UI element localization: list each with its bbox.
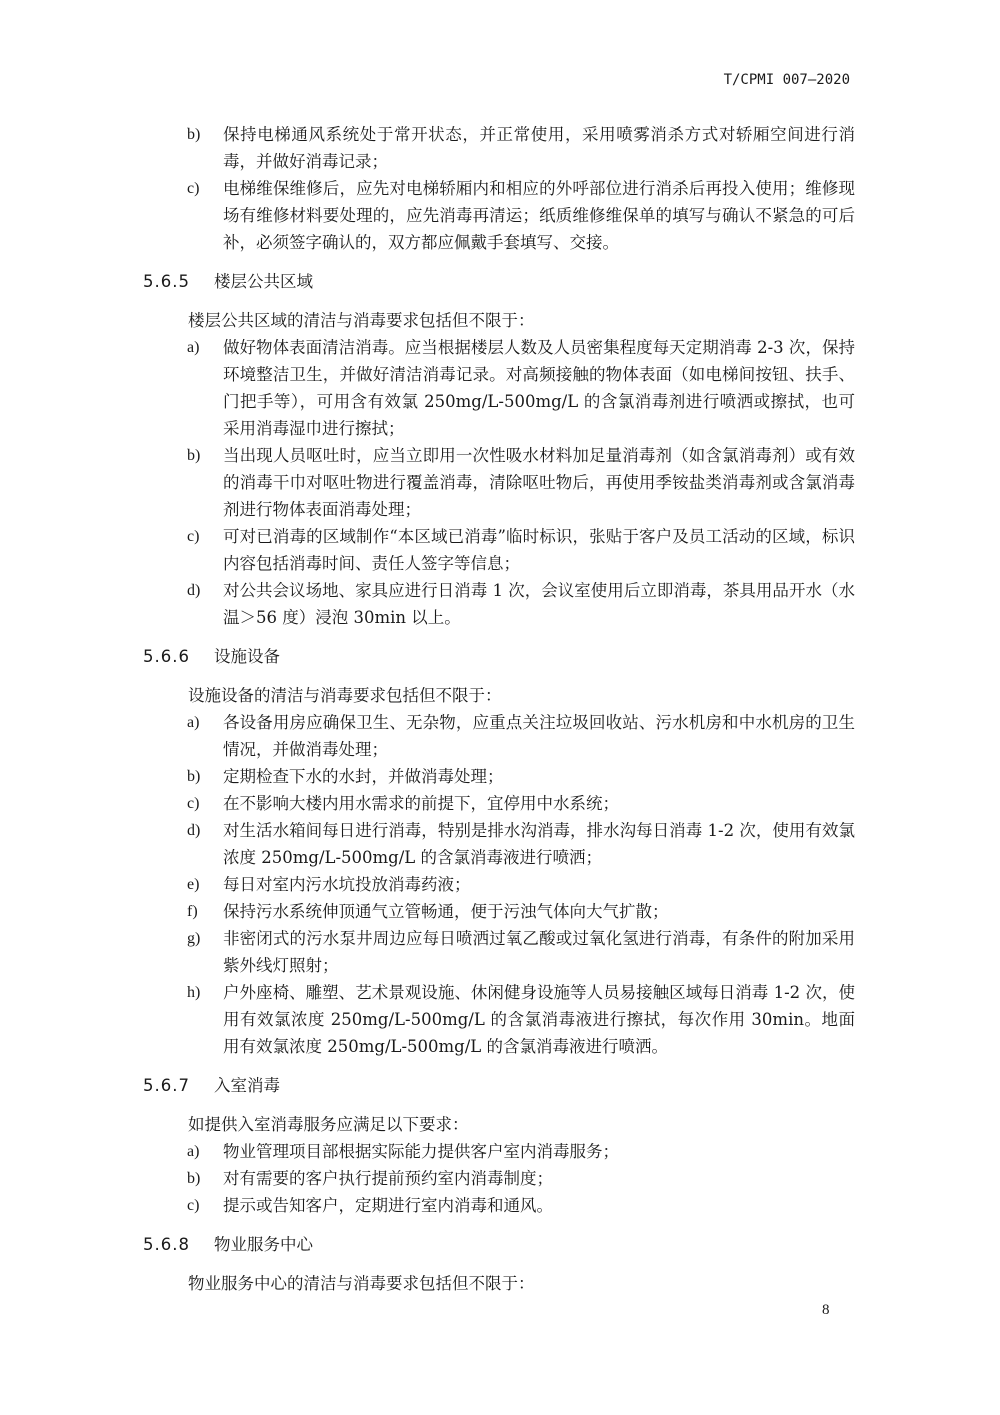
list-marker: c) xyxy=(187,175,199,202)
list-item: e) 每日对室内污水坑投放消毒药液； xyxy=(143,871,855,898)
list-item-text: 物业管理项目部根据实际能力提供客户室内消毒服务； xyxy=(223,1142,619,1161)
list-item-text: 提示或告知客户，定期进行室内消毒和通风。 xyxy=(223,1196,553,1215)
section-title: 楼层公共区域 xyxy=(214,268,313,295)
list-marker: c) xyxy=(187,523,199,550)
list-item-text: 保持电梯通风系统处于常开状态，并正常使用，采用喷雾消杀方式对轿厢空间进行消毒，并… xyxy=(223,125,855,171)
list-item-text: 非密闭式的污水泵井周边应每日喷洒过氧乙酸或过氧化氢进行消毒，有条件的附加采用紫外… xyxy=(223,929,855,975)
section-intro: 如提供入室消毒服务应满足以下要求： xyxy=(143,1111,855,1138)
list-item-text: 对有需要的客户执行提前预约室内消毒制度； xyxy=(223,1169,553,1188)
list-item-text: 户外座椅、雕塑、艺术景观设施、休闲健身设施等人员易接触区域每日消毒 1-2 次，… xyxy=(223,983,855,1056)
list-item-text: 保持污水系统伸顶通气立管畅通，便于污浊气体向大气扩散； xyxy=(223,902,669,921)
list-marker: d) xyxy=(187,817,200,844)
list-item-text: 当出现人员呕吐时，应当立即用一次性吸水材料加足量消毒剂（如含氯消毒剂）或有效的消… xyxy=(223,446,855,519)
section-heading: 5.6.8 物业服务中心 xyxy=(143,1231,855,1258)
list-marker: b) xyxy=(187,763,200,790)
list-marker: f) xyxy=(187,898,198,925)
list-item-text: 每日对室内污水坑投放消毒药液； xyxy=(223,875,471,894)
list-item: d) 对生活水箱间每日进行消毒，特别是排水沟消毒，排水沟每日消毒 1-2 次，使… xyxy=(143,817,855,871)
list-item-text: 对生活水箱间每日进行消毒，特别是排水沟消毒，排水沟每日消毒 1-2 次，使用有效… xyxy=(223,821,855,867)
list-item-text: 各设备用房应确保卫生、无杂物，应重点关注垃圾回收站、污水机房和中水机房的卫生情况… xyxy=(223,713,855,759)
document-code-header: T/CPMI 007—2020 xyxy=(724,72,850,88)
section-intro: 楼层公共区域的清洁与消毒要求包括但不限于： xyxy=(143,307,855,334)
list-item: c) 提示或告知客户，定期进行室内消毒和通风。 xyxy=(143,1192,855,1219)
list-marker: b) xyxy=(187,1165,200,1192)
list-marker: h) xyxy=(187,979,200,1006)
list-item: a) 做好物体表面清洁消毒。应当根据楼层人数及人员密集程度每天定期消毒 2-3 … xyxy=(143,334,855,442)
section-5-6-8: 5.6.8 物业服务中心 物业服务中心的清洁与消毒要求包括但不限于： xyxy=(143,1231,855,1297)
list-item: b) 当出现人员呕吐时，应当立即用一次性吸水材料加足量消毒剂（如含氯消毒剂）或有… xyxy=(143,442,855,523)
section-number: 5.6.8 xyxy=(143,1231,214,1258)
list-item: c) 可对已消毒的区域制作“本区域已消毒”临时标识，张贴于客户及员工活动的区域，… xyxy=(143,523,855,577)
section-title: 物业服务中心 xyxy=(214,1231,313,1258)
list-marker: c) xyxy=(187,790,199,817)
section-number: 5.6.7 xyxy=(143,1072,214,1099)
list-marker: b) xyxy=(187,121,200,148)
list-item: h) 户外座椅、雕塑、艺术景观设施、休闲健身设施等人员易接触区域每日消毒 1-2… xyxy=(143,979,855,1060)
list-item: c) 电梯维保维修后，应先对电梯轿厢内和相应的外呼部位进行消杀后再投入使用；维修… xyxy=(143,175,855,256)
section-number: 5.6.5 xyxy=(143,268,214,295)
list-item: d) 对公共会议场地、家具应进行日消毒 1 次，会议室使用后立即消毒，茶具用品开… xyxy=(143,577,855,631)
continued-list: b) 保持电梯通风系统处于常开状态，并正常使用，采用喷雾消杀方式对轿厢空间进行消… xyxy=(143,121,855,256)
section-heading: 5.6.5 楼层公共区域 xyxy=(143,268,855,295)
list-item: c) 在不影响大楼内用水需求的前提下，宜停用中水系统； xyxy=(143,790,855,817)
list-item: b) 对有需要的客户执行提前预约室内消毒制度； xyxy=(143,1165,855,1192)
list-item-text: 做好物体表面清洁消毒。应当根据楼层人数及人员密集程度每天定期消毒 2-3 次，保… xyxy=(223,338,855,438)
list-marker: a) xyxy=(187,709,199,736)
list-marker: a) xyxy=(187,334,199,361)
list-item: f) 保持污水系统伸顶通气立管畅通，便于污浊气体向大气扩散； xyxy=(143,898,855,925)
section-5-6-5: 5.6.5 楼层公共区域 楼层公共区域的清洁与消毒要求包括但不限于： a) 做好… xyxy=(143,268,855,631)
list-marker: g) xyxy=(187,925,200,952)
list-item: b) 保持电梯通风系统处于常开状态，并正常使用，采用喷雾消杀方式对轿厢空间进行消… xyxy=(143,121,855,175)
list-item: a) 各设备用房应确保卫生、无杂物，应重点关注垃圾回收站、污水机房和中水机房的卫… xyxy=(143,709,855,763)
page-content: b) 保持电梯通风系统处于常开状态，并正常使用，采用喷雾消杀方式对轿厢空间进行消… xyxy=(143,121,855,1297)
list-item-text: 对公共会议场地、家具应进行日消毒 1 次，会议室使用后立即消毒，茶具用品开水（水… xyxy=(223,581,855,627)
section-heading: 5.6.7 入室消毒 xyxy=(143,1072,855,1099)
list-marker: c) xyxy=(187,1192,199,1219)
section-intro: 物业服务中心的清洁与消毒要求包括但不限于： xyxy=(143,1270,855,1297)
section-heading: 5.6.6 设施设备 xyxy=(143,643,855,670)
page-number: 8 xyxy=(822,1302,830,1319)
list-marker: e) xyxy=(187,871,199,898)
section-number: 5.6.6 xyxy=(143,643,214,670)
list-marker: b) xyxy=(187,442,200,469)
section-list: a) 物业管理项目部根据实际能力提供客户室内消毒服务； b) 对有需要的客户执行… xyxy=(143,1138,855,1219)
list-item: a) 物业管理项目部根据实际能力提供客户室内消毒服务； xyxy=(143,1138,855,1165)
list-marker: a) xyxy=(187,1138,199,1165)
section-title: 设施设备 xyxy=(214,643,280,670)
section-list: a) 各设备用房应确保卫生、无杂物，应重点关注垃圾回收站、污水机房和中水机房的卫… xyxy=(143,709,855,1060)
section-intro: 设施设备的清洁与消毒要求包括但不限于： xyxy=(143,682,855,709)
section-5-6-6: 5.6.6 设施设备 设施设备的清洁与消毒要求包括但不限于： a) 各设备用房应… xyxy=(143,643,855,1060)
list-marker: d) xyxy=(187,577,200,604)
section-5-6-7: 5.6.7 入室消毒 如提供入室消毒服务应满足以下要求： a) 物业管理项目部根… xyxy=(143,1072,855,1219)
list-item: b) 定期检查下水的水封，并做消毒处理； xyxy=(143,763,855,790)
list-item-text: 定期检查下水的水封，并做消毒处理； xyxy=(223,767,504,786)
section-title: 入室消毒 xyxy=(214,1072,280,1099)
section-list: a) 做好物体表面清洁消毒。应当根据楼层人数及人员密集程度每天定期消毒 2-3 … xyxy=(143,334,855,631)
list-item: g) 非密闭式的污水泵井周边应每日喷洒过氧乙酸或过氧化氢进行消毒，有条件的附加采… xyxy=(143,925,855,979)
list-item-text: 可对已消毒的区域制作“本区域已消毒”临时标识，张贴于客户及员工活动的区域，标识内… xyxy=(223,527,855,573)
list-item-text: 在不影响大楼内用水需求的前提下，宜停用中水系统； xyxy=(223,794,619,813)
list-item-text: 电梯维保维修后，应先对电梯轿厢内和相应的外呼部位进行消杀后再投入使用；维修现场有… xyxy=(223,179,855,252)
